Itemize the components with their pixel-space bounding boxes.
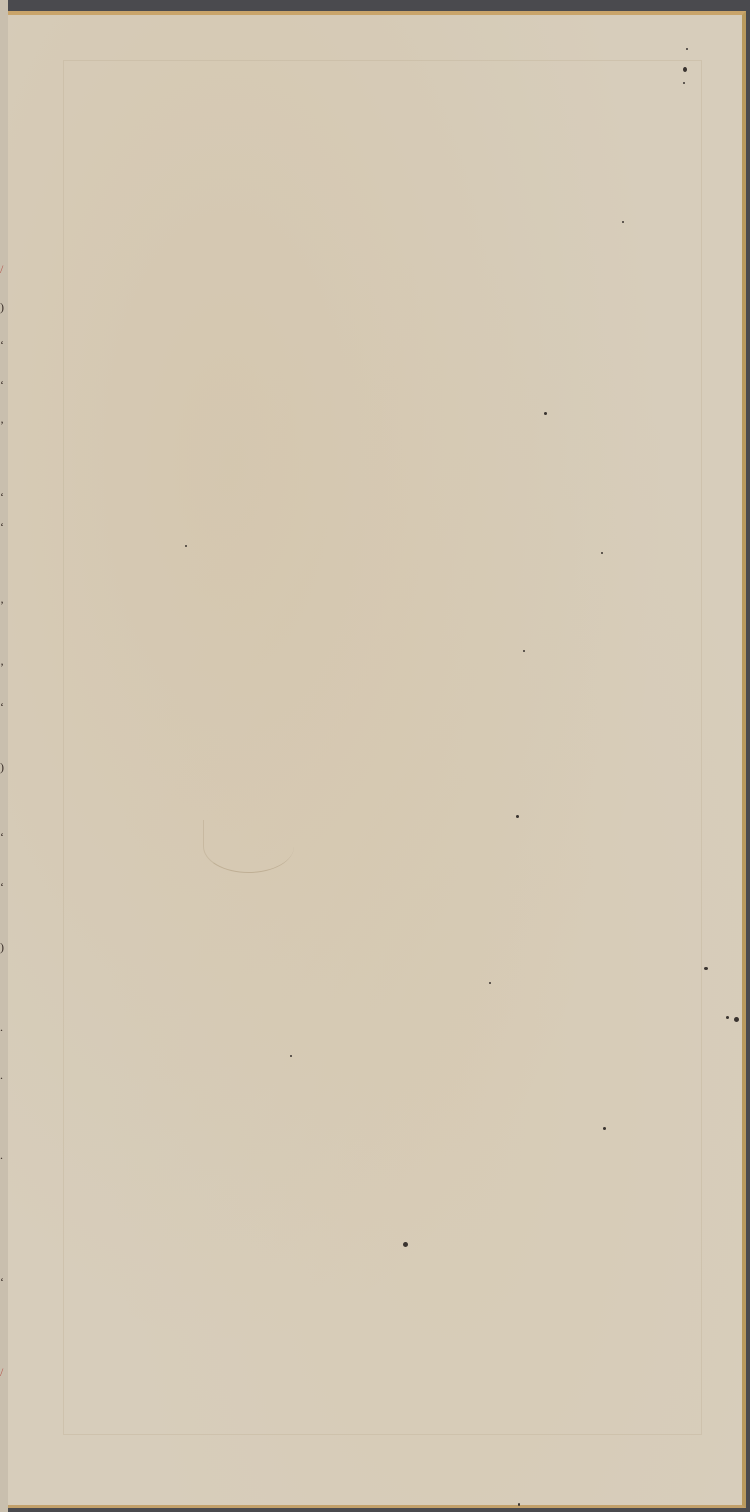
ink-bleed: ) xyxy=(0,940,8,954)
foxing-speck xyxy=(603,1127,606,1130)
facing-page-edge: / ) ‘ ‘ ’ ‘ ‘ ’ ’ ‘ ) ‘ ‘ ) . . . ‘ / xyxy=(0,0,8,1512)
page-impression-frame xyxy=(63,60,702,1435)
ink-bleed: ) xyxy=(0,300,8,314)
ink-bleed: . xyxy=(0,1148,8,1162)
red-ink-bleed: / xyxy=(0,262,8,276)
foxing-speck xyxy=(523,650,525,652)
ink-bleed: ‘ xyxy=(0,490,8,504)
blank-page xyxy=(8,11,746,1508)
ink-bleed: ‘ xyxy=(0,830,8,844)
foxing-speck xyxy=(185,545,187,547)
foxing-speck xyxy=(704,967,708,970)
foxing-speck xyxy=(544,412,547,415)
red-ink-bleed: / xyxy=(0,1365,8,1379)
foxing-speck xyxy=(516,815,519,818)
foxing-speck xyxy=(518,1503,520,1506)
ink-bleed: ’ xyxy=(0,598,8,612)
ink-bleed: ) xyxy=(0,760,8,774)
ink-bleed: ‘ xyxy=(0,338,8,352)
foxing-speck xyxy=(683,67,687,72)
ink-bleed: . xyxy=(0,1068,8,1082)
foxing-speck xyxy=(683,82,685,84)
foxing-speck xyxy=(726,1016,729,1019)
ink-bleed: ‘ xyxy=(0,378,8,392)
ink-bleed: ‘ xyxy=(0,880,8,894)
foxing-speck xyxy=(734,1017,739,1022)
foxing-speck xyxy=(601,552,603,554)
scan-background-top xyxy=(0,0,750,11)
faint-stain xyxy=(203,820,294,873)
foxing-speck xyxy=(489,982,491,984)
ink-bleed: ’ xyxy=(0,418,8,432)
foxing-speck xyxy=(403,1242,408,1247)
ink-bleed: ‘ xyxy=(0,520,8,534)
foxing-speck xyxy=(290,1055,292,1057)
ink-bleed: ‘ xyxy=(0,700,8,714)
ink-bleed: ‘ xyxy=(0,1275,8,1289)
foxing-speck xyxy=(622,221,624,223)
ink-bleed: . xyxy=(0,1020,8,1034)
foxing-speck xyxy=(686,48,688,50)
ink-bleed: ’ xyxy=(0,660,8,674)
